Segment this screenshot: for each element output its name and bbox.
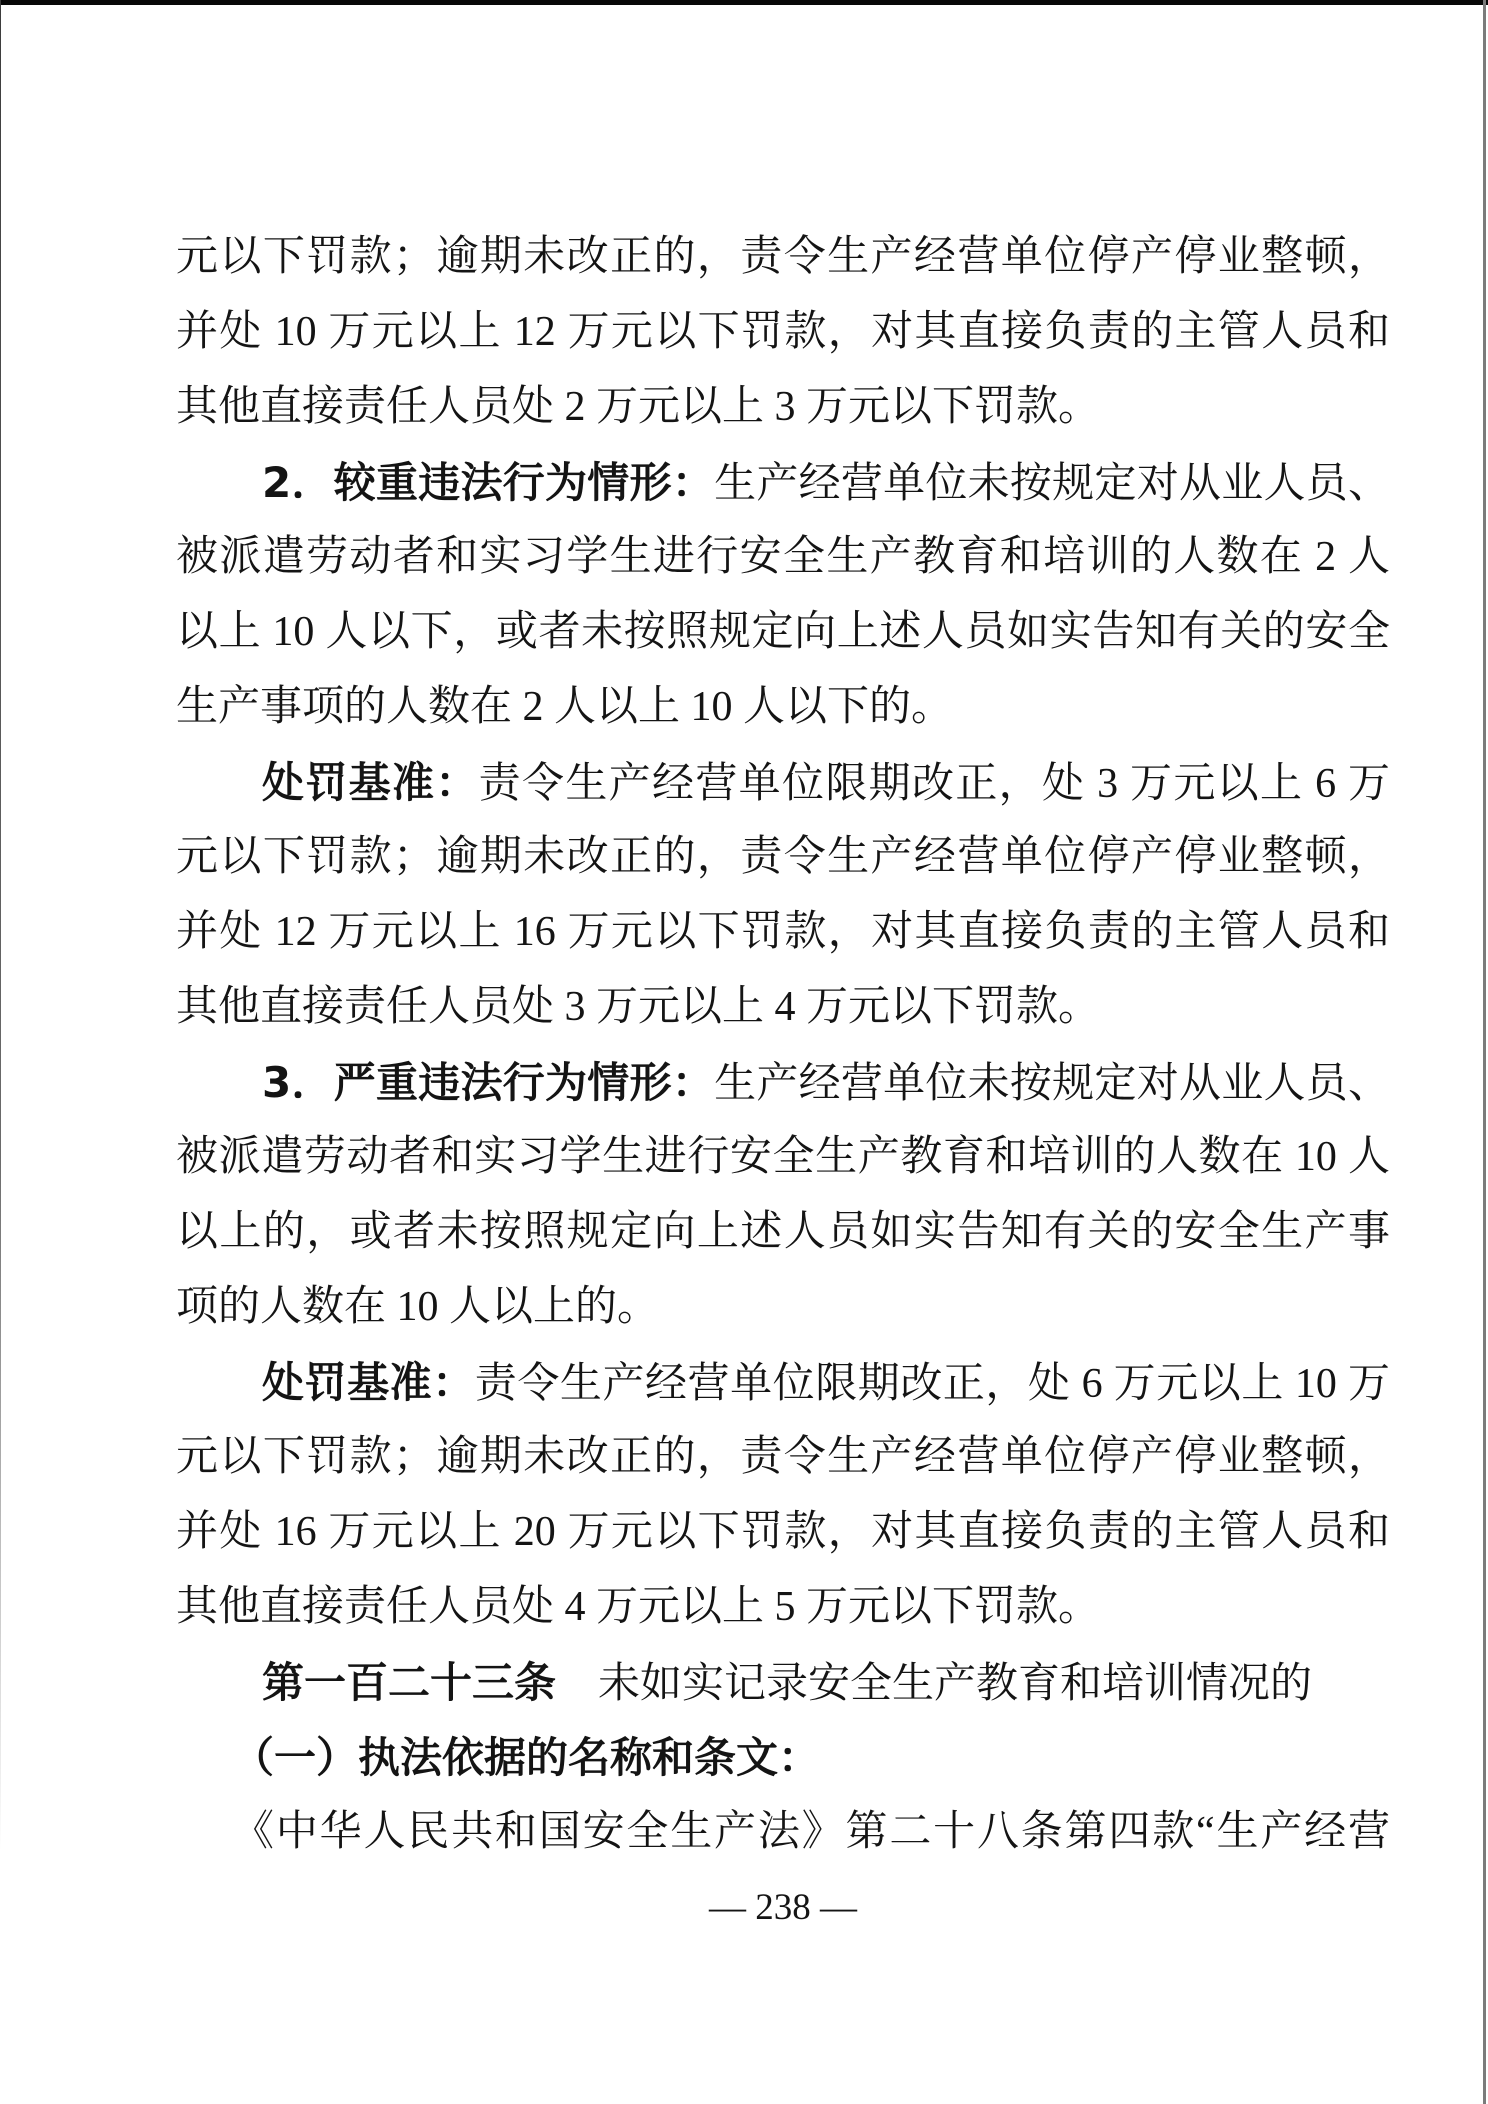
text-line: 以上 10 人以下，或者未按照规定向上述人员如实告知有关的安全 xyxy=(176,595,1390,670)
text-line: 其他直接责任人员处 4 万元以上 5 万元以下罚款。 xyxy=(176,1570,1390,1645)
page-top-edge-line xyxy=(0,0,1488,5)
bold-text-run: 3．严重违法行为情形： xyxy=(262,1058,714,1107)
page-left-edge-line xyxy=(0,0,1,2104)
text-run: 生产经营单位未按规定对从业人员、 xyxy=(714,461,1390,507)
text-run: 元以下罚款；逾期未改正的，责令生产经营单位停产停业整顿， xyxy=(176,234,1390,280)
text-line: 2．较重违法行为情形：生产经营单位未按规定对从业人员、 xyxy=(176,445,1390,520)
text-line: 项的人数在 10 人以上的。 xyxy=(176,1270,1390,1345)
text-line: 3．严重违法行为情形：生产经营单位未按规定对从业人员、 xyxy=(176,1045,1390,1120)
text-run: 元以下罚款；逾期未改正的，责令生产经营单位停产停业整顿， xyxy=(176,834,1390,880)
text-line: 《中华人民共和国安全生产法》第二十八条第四款“生产经营 xyxy=(176,1795,1390,1870)
bold-text-run: 2．较重违法行为情形： xyxy=(262,458,714,507)
page-right-edge-line xyxy=(1483,0,1486,2104)
text-line: 并处 16 万元以上 20 万元以下罚款，对其直接负责的主管人员和 xyxy=(176,1495,1390,1570)
text-run: 并处 16 万元以上 20 万元以下罚款，对其直接负责的主管人员和 xyxy=(176,1509,1390,1555)
text-run: 生产事项的人数在 2 人以上 10 人以下的。 xyxy=(176,684,953,730)
text-run: 并处 10 万元以上 12 万元以下罚款，对其直接负责的主管人员和 xyxy=(176,309,1390,355)
text-line: 其他直接责任人员处 2 万元以上 3 万元以下罚款。 xyxy=(176,370,1390,445)
text-line: （一）执法依据的名称和条文： xyxy=(176,1720,1390,1795)
document-body: 元以下罚款；逾期未改正的，责令生产经营单位停产停业整顿，并处 10 万元以上 1… xyxy=(176,220,1390,1870)
document-page: 元以下罚款；逾期未改正的，责令生产经营单位停产停业整顿，并处 10 万元以上 1… xyxy=(0,0,1488,2104)
text-run: 以上 10 人以下，或者未按照规定向上述人员如实告知有关的安全 xyxy=(176,609,1390,655)
text-line: 其他直接责任人员处 3 万元以上 4 万元以下罚款。 xyxy=(176,970,1390,1045)
text-run: 项的人数在 10 人以上的。 xyxy=(176,1284,659,1330)
text-run: 生产经营单位未按规定对从业人员、 xyxy=(714,1061,1390,1107)
text-run: 并处 12 万元以上 16 万元以下罚款，对其直接负责的主管人员和 xyxy=(176,909,1390,955)
text-run: 其他直接责任人员处 2 万元以上 3 万元以下罚款。 xyxy=(176,384,1100,430)
text-line: 处罚基准：责令生产经营单位限期改正，处 3 万元以上 6 万 xyxy=(176,745,1390,820)
text-line: 第一百二十三条 未如实记录安全生产教育和培训情况的 xyxy=(176,1645,1390,1720)
text-line: 元以下罚款；逾期未改正的，责令生产经营单位停产停业整顿， xyxy=(176,1420,1390,1495)
text-line: 并处 10 万元以上 12 万元以下罚款，对其直接负责的主管人员和 xyxy=(176,295,1390,370)
bold-text-run: 处罚基准： xyxy=(262,1358,475,1407)
text-line: 元以下罚款；逾期未改正的，责令生产经营单位停产停业整顿， xyxy=(176,820,1390,895)
bold-text-run: 处罚基准： xyxy=(262,758,479,807)
text-line: 并处 12 万元以上 16 万元以下罚款，对其直接负责的主管人员和 xyxy=(176,895,1390,970)
text-line: 元以下罚款；逾期未改正的，责令生产经营单位停产停业整顿， xyxy=(176,220,1390,295)
bold-text-run: （一）执法依据的名称和条文： xyxy=(232,1733,820,1782)
text-run: 元以下罚款；逾期未改正的，责令生产经营单位停产停业整顿， xyxy=(176,1434,1390,1480)
text-run: 责令生产经营单位限期改正，处 6 万元以上 10 万 xyxy=(475,1361,1390,1407)
bold-text-run: 第一百二十三条 xyxy=(262,1658,556,1707)
text-run: 其他直接责任人员处 4 万元以上 5 万元以下罚款。 xyxy=(176,1584,1100,1630)
text-line: 生产事项的人数在 2 人以上 10 人以下的。 xyxy=(176,670,1390,745)
text-run: 责令生产经营单位限期改正，处 3 万元以上 6 万 xyxy=(479,761,1390,807)
text-line: 处罚基准：责令生产经营单位限期改正，处 6 万元以上 10 万 xyxy=(176,1345,1390,1420)
text-run: 未如实记录安全生产教育和培训情况的 xyxy=(556,1661,1312,1707)
text-run: 被派遣劳动者和实习学生进行安全生产教育和培训的人数在 10 人 xyxy=(176,1134,1390,1180)
text-line: 以上的，或者未按照规定向上述人员如实告知有关的安全生产事 xyxy=(176,1195,1390,1270)
text-run: 以上的，或者未按照规定向上述人员如实告知有关的安全生产事 xyxy=(176,1209,1390,1255)
page-number: — 238 — xyxy=(176,1870,1390,1945)
text-run: 《中华人民共和国安全生产法》第二十八条第四款“生产经营 xyxy=(232,1809,1390,1855)
text-line: 被派遣劳动者和实习学生进行安全生产教育和培训的人数在 2 人 xyxy=(176,520,1390,595)
text-run: 被派遣劳动者和实习学生进行安全生产教育和培训的人数在 2 人 xyxy=(176,534,1390,580)
text-run: 其他直接责任人员处 3 万元以上 4 万元以下罚款。 xyxy=(176,984,1100,1030)
text-line: 被派遣劳动者和实习学生进行安全生产教育和培训的人数在 10 人 xyxy=(176,1120,1390,1195)
